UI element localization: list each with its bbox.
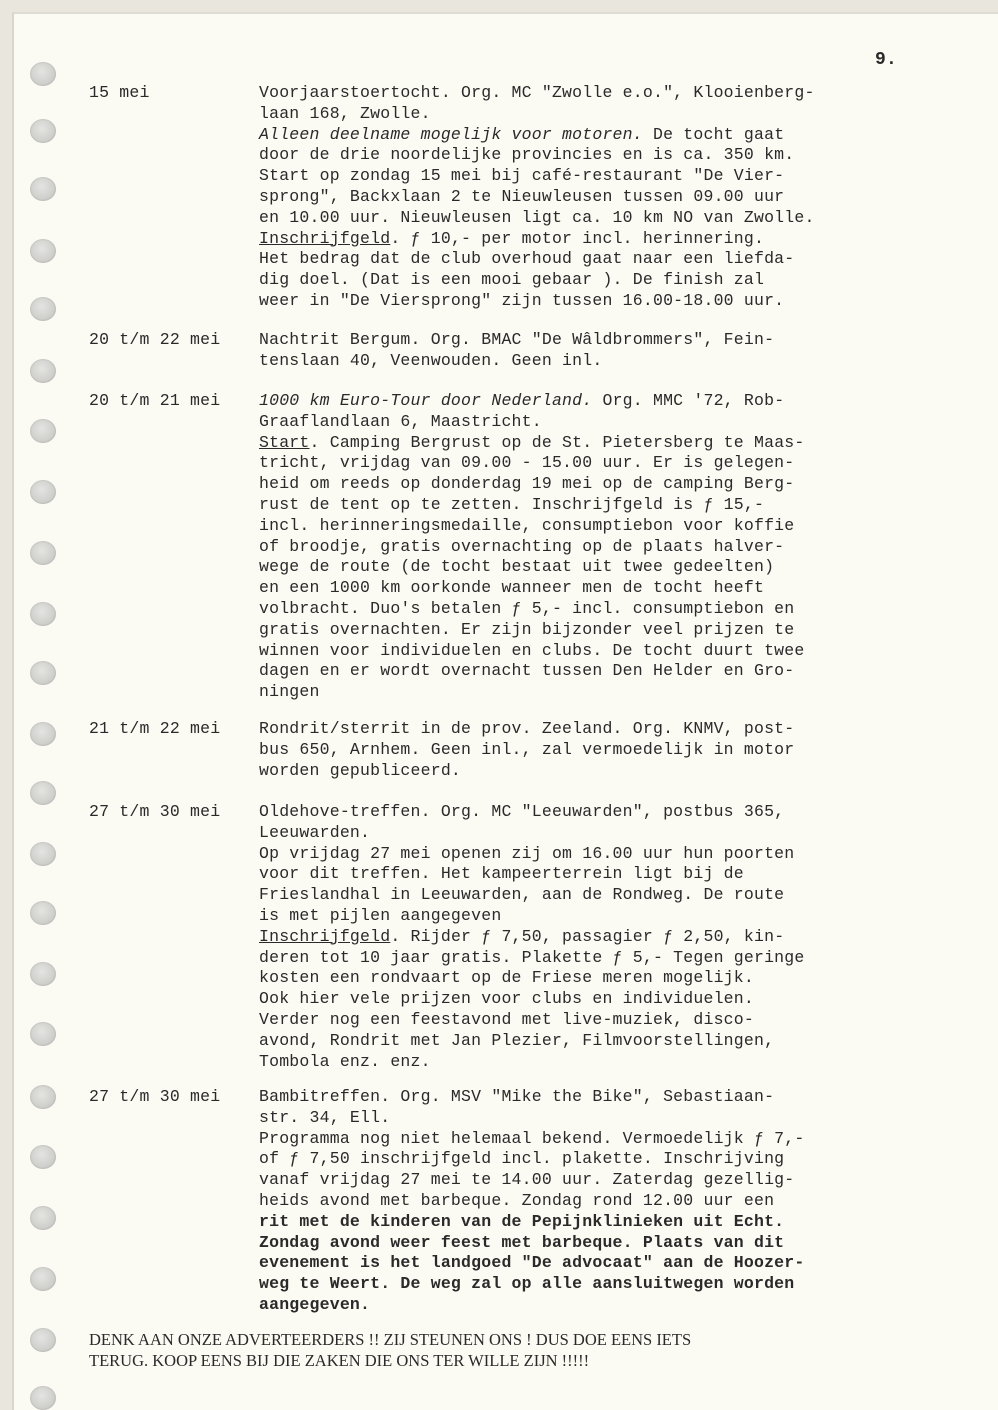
event-date: 15 mei <box>89 83 150 102</box>
text-line: door de drie noordelijke provincies en i… <box>259 145 949 166</box>
text-line: Ook hier vele prijzen voor clubs en indi… <box>259 989 949 1010</box>
punch-hole <box>30 1085 56 1109</box>
text-line: Oldehove-treffen. Org. MC "Leeuwarden", … <box>259 802 949 823</box>
punch-hole <box>30 1386 56 1410</box>
text-line: Het bedrag dat de club overhoud gaat naa… <box>259 249 949 270</box>
punch-hole <box>30 1328 56 1352</box>
page-number: 9. <box>875 50 897 70</box>
punch-hole <box>30 239 56 263</box>
text-line: str. 34, Ell. <box>259 1108 949 1129</box>
text-line: Zondag avond weer feest met barbeque. Pl… <box>259 1233 949 1254</box>
text-line: voor dit treffen. Het kampeerterrein lig… <box>259 864 949 885</box>
punch-hole <box>30 62 56 86</box>
punch-hole <box>30 602 56 626</box>
emphasized-text: 1000 km Euro-Tour door Nederland. <box>259 391 592 410</box>
punch-hole <box>30 119 56 143</box>
text-line: Leeuwarden. <box>259 823 949 844</box>
text-line: avond, Rondrit met Jan Plezier, Filmvoor… <box>259 1031 949 1052</box>
text-line: heid om reeds op donderdag 19 mei op de … <box>259 474 949 495</box>
punch-hole <box>30 1022 56 1046</box>
event-date: 27 t/m 30 mei <box>89 1087 220 1106</box>
punch-hole <box>30 1267 56 1291</box>
event-date: 20 t/m 21 mei <box>89 391 220 410</box>
punch-hole <box>30 781 56 805</box>
punch-hole <box>30 722 56 746</box>
emphasized-text: Start <box>259 433 310 452</box>
event-description: 1000 km Euro-Tour door Nederland. Org. M… <box>259 391 949 703</box>
event-description: Rondrit/sterrit in de prov. Zeeland. Org… <box>259 719 949 781</box>
text-line: en 10.00 uur. Nieuwleusen ligt ca. 10 km… <box>259 208 949 229</box>
punch-hole <box>30 962 56 986</box>
text-line: heids avond met barbeque. Zondag rond 12… <box>259 1191 949 1212</box>
text-span: De tocht gaat <box>643 125 784 144</box>
text-line: en een 1000 km oorkonde wanneer men de t… <box>259 578 949 599</box>
text-line: ningen <box>259 682 949 703</box>
emphasized-text: Inschrijfgeld <box>259 927 390 946</box>
text-line: dagen en er wordt overnacht tussen Den H… <box>259 661 949 682</box>
text-line: Start. Camping Bergrust op de St. Pieter… <box>259 433 949 454</box>
text-line: of ƒ 7,50 inschrijfgeld incl. plakette. … <box>259 1149 949 1170</box>
event-description: Bambitreffen. Org. MSV "Mike the Bike", … <box>259 1087 949 1316</box>
text-line: tricht, vrijdag van 09.00 - 15.00 uur. E… <box>259 453 949 474</box>
text-line: wege de route (de tocht bestaat uit twee… <box>259 557 949 578</box>
footer-line: DENK AAN ONZE ADVERTEERDERS !! ZIJ STEUN… <box>89 1330 949 1351</box>
text-line: winnen voor individuelen en clubs. De to… <box>259 641 949 662</box>
text-line: Bambitreffen. Org. MSV "Mike the Bike", … <box>259 1087 949 1108</box>
punch-hole <box>30 359 56 383</box>
event-date: 21 t/m 22 mei <box>89 719 220 738</box>
text-line: sprong", Backxlaan 2 te Nieuwleusen tuss… <box>259 187 949 208</box>
event-description: Nachtrit Bergum. Org. BMAC "De Wâldbromm… <box>259 330 949 372</box>
text-line: volbracht. Duo's betalen ƒ 5,- incl. con… <box>259 599 949 620</box>
text-span: . ƒ 10,- per motor incl. herinnering. <box>390 229 764 248</box>
event-description: Oldehove-treffen. Org. MC "Leeuwarden", … <box>259 802 949 1072</box>
text-line: worden gepubliceerd. <box>259 761 949 782</box>
text-line: Programma nog niet helemaal bekend. Verm… <box>259 1129 949 1150</box>
event-description: Voorjaarstoertocht. Org. MC "Zwolle e.o.… <box>259 83 949 312</box>
text-line: kosten een rondvaart op de Friese meren … <box>259 968 949 989</box>
text-line: Inschrijfgeld. ƒ 10,- per motor incl. he… <box>259 229 949 250</box>
punch-hole <box>30 541 56 565</box>
text-line: weer in "De Viersprong" zijn tussen 16.0… <box>259 291 949 312</box>
text-line: bus 650, Arnhem. Geen inl., zal vermoede… <box>259 740 949 761</box>
punch-hole <box>30 842 56 866</box>
text-line: Inschrijfgeld. Rijder ƒ 7,50, passagier … <box>259 927 949 948</box>
text-line: tenslaan 40, Veenwouden. Geen inl. <box>259 351 949 372</box>
text-span: Org. MMC '72, Rob- <box>592 391 784 410</box>
text-span: . Rijder ƒ 7,50, passagier ƒ 2,50, kin- <box>390 927 784 946</box>
text-line: Voorjaarstoertocht. Org. MC "Zwolle e.o.… <box>259 83 949 104</box>
punch-hole <box>30 297 56 321</box>
event-date: 20 t/m 22 mei <box>89 330 220 349</box>
text-line: is met pijlen aangegeven <box>259 906 949 927</box>
punch-hole <box>30 1145 56 1169</box>
text-line: Nachtrit Bergum. Org. BMAC "De Wâldbromm… <box>259 330 949 351</box>
text-line: 1000 km Euro-Tour door Nederland. Org. M… <box>259 391 949 412</box>
punch-hole <box>30 177 56 201</box>
punch-hole <box>30 901 56 925</box>
text-line: rust de tent op te zetten. Inschrijfgeld… <box>259 495 949 516</box>
text-line: aangegeven. <box>259 1295 949 1316</box>
text-line: Verder nog een feestavond met live-muzie… <box>259 1010 949 1031</box>
text-line: weg te Weert. De weg zal op alle aanslui… <box>259 1274 949 1295</box>
footer-notice: DENK AAN ONZE ADVERTEERDERS !! ZIJ STEUN… <box>89 1330 949 1371</box>
text-line: Frieslandhal in Leeuwarden, aan de Rondw… <box>259 885 949 906</box>
punch-hole <box>30 419 56 443</box>
text-line: Rondrit/sterrit in de prov. Zeeland. Org… <box>259 719 949 740</box>
event-date: 27 t/m 30 mei <box>89 802 220 821</box>
punch-hole <box>30 661 56 685</box>
text-line: Graaflandlaan 6, Maastricht. <box>259 412 949 433</box>
text-line: incl. herinneringsmedaille, consumptiebo… <box>259 516 949 537</box>
text-line: vanaf vrijdag 27 mei te 14.00 uur. Zater… <box>259 1170 949 1191</box>
text-line: Alleen deelname mogelijk voor motoren. D… <box>259 125 949 146</box>
text-line: gratis overnachten. Er zijn bijzonder ve… <box>259 620 949 641</box>
text-line: evenement is het landgoed "De advocaat" … <box>259 1253 949 1274</box>
emphasized-text: Inschrijfgeld <box>259 229 390 248</box>
text-line: Op vrijdag 27 mei openen zij om 16.00 uu… <box>259 844 949 865</box>
footer-line: TERUG. KOOP EENS BIJ DIE ZAKEN DIE ONS T… <box>89 1351 949 1372</box>
text-line: Start op zondag 15 mei bij café-restaura… <box>259 166 949 187</box>
text-line: Tombola enz. enz. <box>259 1052 949 1073</box>
text-line: deren tot 10 jaar gratis. Plakette ƒ 5,-… <box>259 948 949 969</box>
text-span: . Camping Bergrust op de St. Pietersberg… <box>310 433 805 452</box>
text-line: of broodje, gratis overnachting op de pl… <box>259 537 949 558</box>
punch-hole <box>30 1206 56 1230</box>
text-line: laan 168, Zwolle. <box>259 104 949 125</box>
punch-hole <box>30 480 56 504</box>
text-line: dig doel. (Dat is een mooi gebaar ). De … <box>259 270 949 291</box>
emphasized-text: Alleen deelname mogelijk voor motoren. <box>259 125 643 144</box>
text-line: rit met de kinderen van de Pepijnkliniek… <box>259 1212 949 1233</box>
